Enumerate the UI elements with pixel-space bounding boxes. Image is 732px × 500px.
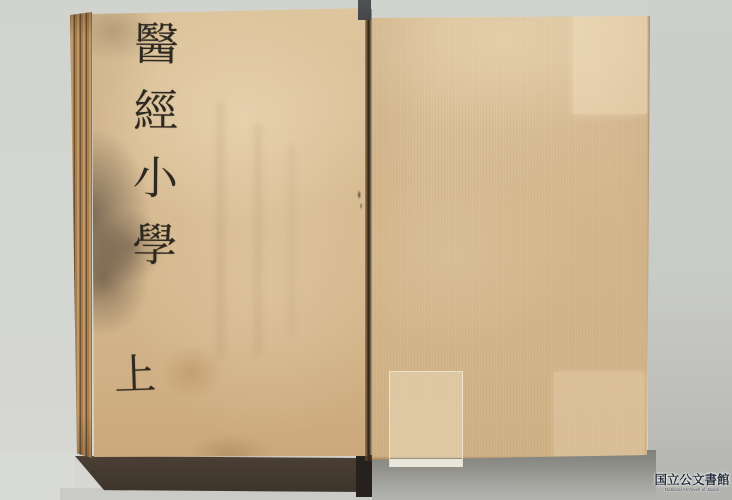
volume-marker-calligraphy: 上 [113, 341, 157, 402]
book-shadow-gutter [356, 455, 373, 497]
watermark-kanji-text: 国立公文書館 [652, 474, 732, 487]
tissue-repair-tape [389, 371, 463, 467]
repair-patch-bottom [554, 372, 644, 456]
ghost-text-smudge [216, 102, 225, 360]
ghost-text-smudge [254, 124, 262, 356]
book-title-calligraphy: 醫經小學 [119, 20, 183, 296]
ghost-text-smudge [288, 146, 295, 336]
backdrop-right [648, 0, 732, 500]
book-shadow-left [74, 455, 366, 492]
page-stack-fore-edge [68, 11, 92, 458]
tape-white-edge [390, 458, 462, 467]
book-gutter-fold [365, 9, 372, 461]
watermark-english-text: National Archives of Japan [655, 488, 729, 493]
archive-watermark: 国立公文書館 National Archives of Japan [652, 474, 732, 493]
gutter-gap-top [358, 0, 371, 20]
photo-stage: 醫經小學 上 国立公文書館 National Archives of Japan [0, 0, 732, 500]
repair-patch-top [573, 16, 647, 114]
